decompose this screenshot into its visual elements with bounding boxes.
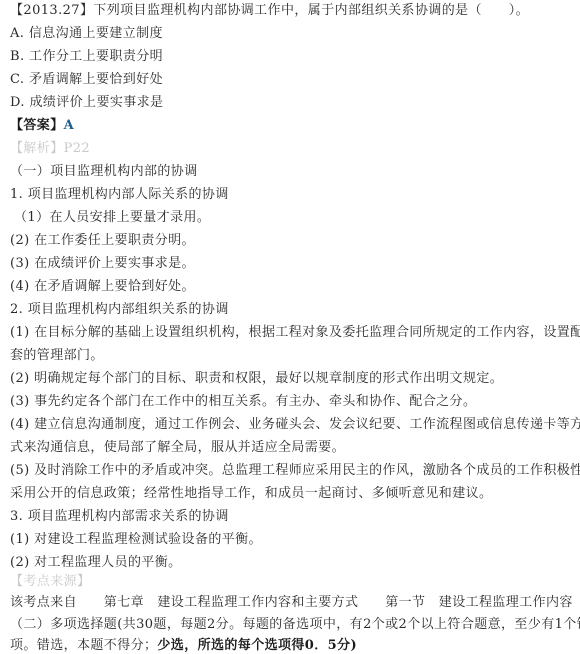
option-label: D. [10,95,25,110]
part-2-item: 套的管理部门。 [10,347,104,365]
part-2-item: (1) 在目标分解的基础上设置组织机构，根据工程对象及委托监理合同所规定的工作内… [10,324,580,342]
part-1-item: (4) 在矛盾调解上要恰到好处。 [10,278,195,296]
analysis-label: 【解析】P22 [10,140,90,158]
part-2-item: (2) 明确规定每个部门的目标、职责和权限，最好以规章制度的形式作出明文规定。 [10,370,503,388]
option-label: B. [10,49,25,64]
section-instructions-line1: （二）多项选择题(共30题，每题2分。每题的备选项中，有2个或2个以上符合题意，… [10,616,580,634]
option-a: A. 信息沟通上要建立制度 [10,25,163,43]
option-label: A. [10,26,24,41]
answer-row: 【答案】A [10,117,74,135]
part-2-heading: 2. 项目监理机构内部组织关系的协调 [10,301,229,319]
part-1-heading: 1. 项目监理机构内部人际关系的协调 [10,186,229,204]
option-b: B. 工作分工上要职责分明 [10,48,163,66]
option-label: C. [10,72,24,87]
part-1-item: （1）在人员安排上要量才录用。 [14,209,210,227]
option-text: 成绩评价上要实事求是 [29,95,163,110]
question-stem: 【2013.27】下列项目监理机构内部协调工作中，属于内部组织关系协调的是（ ）… [10,2,529,20]
part-2-item: 采用公开的信息政策；经常性地指导工作，和成员一起商讨、多倾听意见和建议。 [10,485,492,503]
source-text: 该考点来自 第七章 建设工程监理工作内容和主要方式 第一节 建设工程监理工作内容 [10,594,573,612]
part-3-item: (2) 对工程监理人员的平衡。 [10,554,182,572]
part-3-item: (1) 对建设工程监理检测试验设备的平衡。 [10,531,262,549]
answer-value: A [64,118,75,133]
question-page: 【2013.27】下列项目监理机构内部协调工作中，属于内部组织关系协调的是（ ）… [0,0,580,654]
part-1-item: (3) 在成绩评价上要实事求是。 [10,255,195,273]
instructions-normal: 项。错选，本题不得分； [10,638,157,653]
part-3-heading: 3. 项目监理机构内部需求关系的协调 [10,508,229,526]
source-label: 【考点来源】 [10,573,90,591]
part-2-item: (4) 建立信息沟通制度，通过工作例会、业务碰头会、发会议纪要、工作流程图或信息… [10,416,580,434]
option-text: 矛盾调解上要恰到好处 [29,72,163,87]
section-instructions-line2: 项。错选，本题不得分；少选，所选的每个选项得0．5分) [10,637,357,654]
part-2-item: (5) 及时消除工作中的矛盾或冲突。总监理工程师应采用民主的作风，激励各个成员的… [10,462,580,480]
instructions-bold: 少选，所选的每个选项得0．5分) [157,638,357,653]
option-text: 工作分工上要职责分明 [29,49,163,64]
option-text: 信息沟通上要建立制度 [29,26,163,41]
option-c: C. 矛盾调解上要恰到好处 [10,71,163,89]
option-d: D. 成绩评价上要实事求是 [10,94,163,112]
part-2-item: (3) 事先约定各个部门在工作中的相互关系。有主办、牵头和协作、配合之分。 [10,393,476,411]
part-1-item: (2) 在工作委任上要职责分明。 [10,232,195,250]
answer-label: 【答案】 [10,118,64,133]
part-2-item: 式来沟通信息，使局部了解全局，服从并适应全局需要。 [10,439,345,457]
analysis-section-title: （一）项目监理机构内部的协调 [10,163,198,181]
